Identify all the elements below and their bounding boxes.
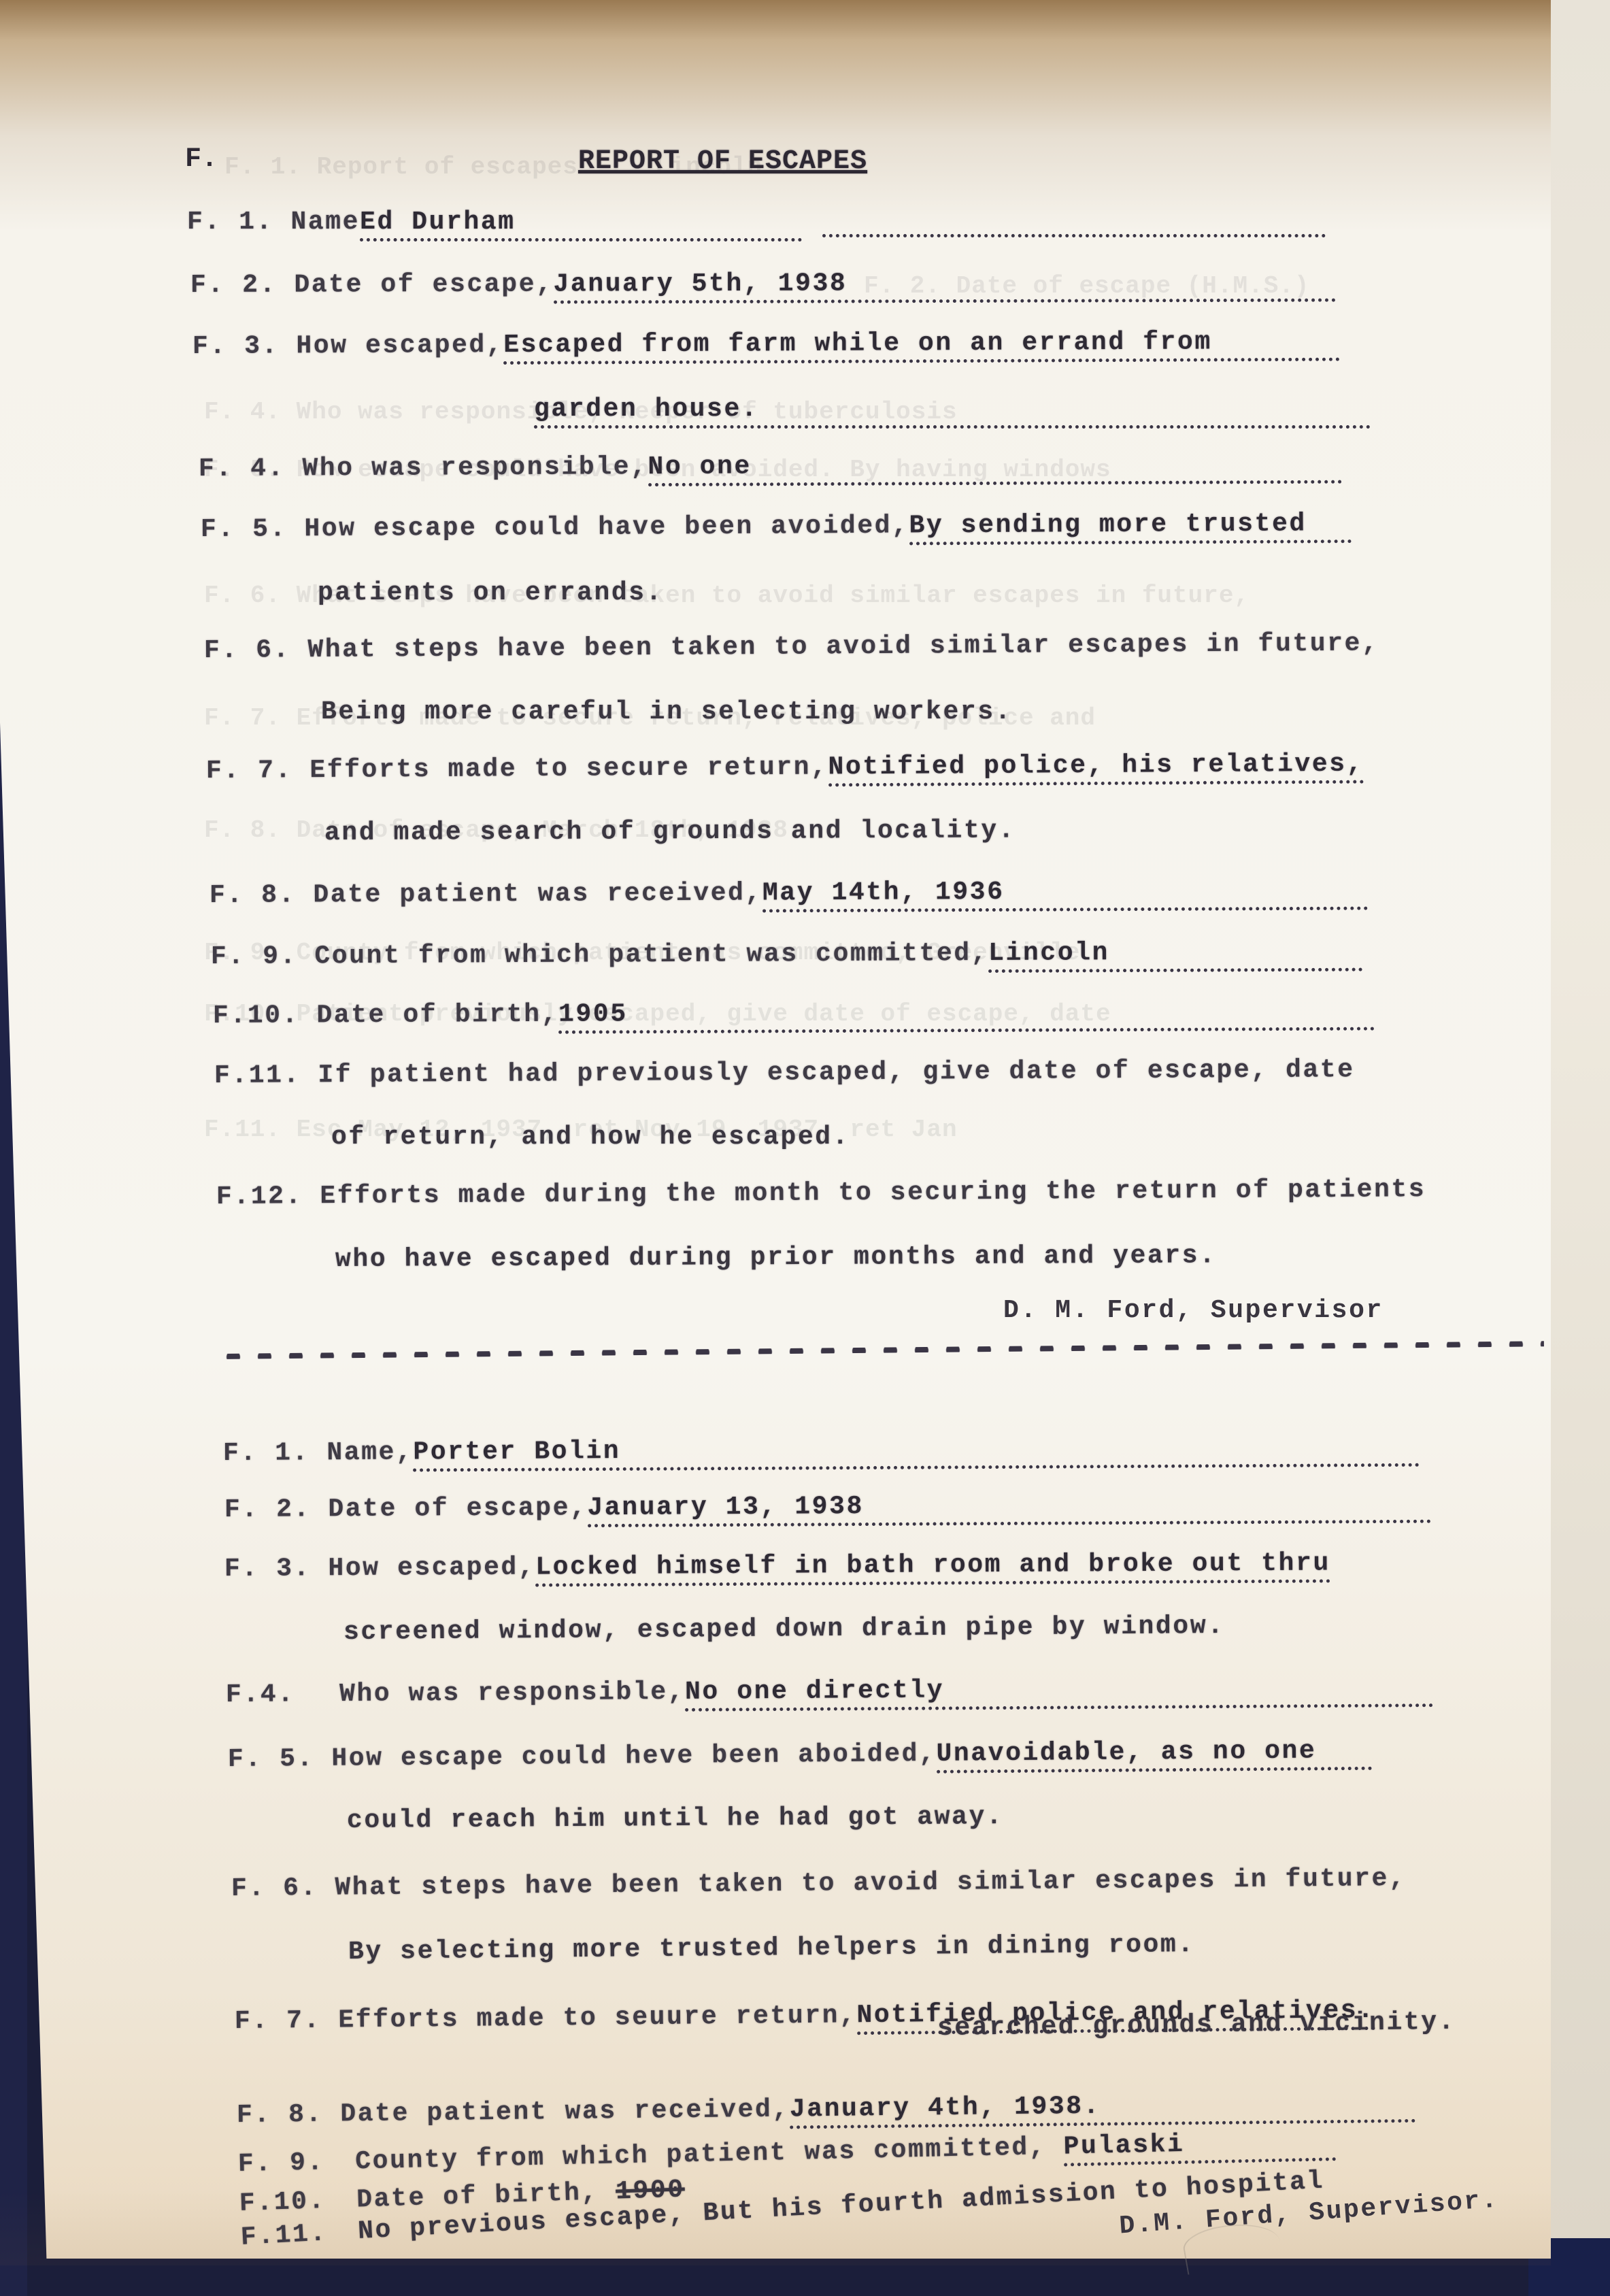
item-number: F. 2. bbox=[224, 1495, 311, 1525]
item-label: How escape could have been avoided, bbox=[304, 512, 909, 544]
report1-item-f4: F. 4. Who was responsible,No one bbox=[199, 450, 1342, 488]
report-title: REPORT OF ESCAPES bbox=[578, 146, 867, 177]
item-label: Count from which patient was committed, bbox=[314, 939, 988, 971]
item-label: Date patient was received, bbox=[340, 2095, 790, 2129]
item-label: Who was responsible, bbox=[339, 1678, 685, 1709]
item-number: F. 1. bbox=[223, 1438, 309, 1468]
report1-item-f2: F. 2. Date of escape,January 5th, 1938 bbox=[190, 268, 1336, 305]
report1-item-f12-continuation: who have escaped during prior months and… bbox=[335, 1241, 1217, 1274]
item-answer: Lincoln bbox=[988, 937, 1362, 973]
item-answer-continuation: screened window, escaped down drain pipe… bbox=[343, 1612, 1225, 1647]
item-number: F. 6. bbox=[204, 635, 290, 665]
item-number: F. 2. bbox=[190, 271, 277, 300]
report1-item-f8: F. 8. Date patient was received,May 14th… bbox=[209, 876, 1368, 915]
item-number: F. 9. bbox=[211, 942, 297, 971]
item-answer-continuation: patients on errands. bbox=[318, 578, 663, 608]
item-label: Who was responsible, bbox=[302, 452, 648, 483]
report1-item-f3-continuation: garden house. bbox=[534, 395, 1371, 429]
report1-item-f5-continuation: patients on errands. bbox=[318, 578, 663, 608]
item-label: Efforts made to secure return, bbox=[309, 752, 828, 785]
item-label: Date of birth, bbox=[316, 1000, 558, 1031]
item-number: F. 8. bbox=[237, 2100, 323, 2130]
report1-signature: D. M. Ford, Supervisor bbox=[1003, 1296, 1383, 1325]
item-label: Date patient was received, bbox=[313, 878, 762, 910]
report2-item-f3: F. 3. How escaped,Locked himself in bath… bbox=[224, 1548, 1330, 1588]
item-number: F. 4. bbox=[199, 454, 285, 484]
report2-item-f3-continuation: screened window, escaped down drain pipe… bbox=[343, 1612, 1225, 1647]
item-answer: 1905 bbox=[558, 997, 1375, 1034]
item-number: F. 5. bbox=[201, 514, 287, 544]
item-answer: January 13, 1938 bbox=[587, 1489, 1430, 1527]
report1-item-f10: F.10. Date of birth,1905 bbox=[213, 997, 1375, 1035]
item-answer-continuation: garden house. bbox=[534, 395, 1371, 429]
item-number: F. 3. bbox=[224, 1554, 311, 1584]
item-continuation: of return, and how he escaped. bbox=[331, 1122, 850, 1152]
item-number: F. 9. bbox=[237, 2148, 324, 2179]
item-number: F.11. bbox=[240, 2218, 328, 2252]
item-number: F. 5. bbox=[228, 1744, 314, 1774]
item-label: How escaped, bbox=[328, 1553, 535, 1584]
item-number: F.10. bbox=[213, 1001, 299, 1031]
item-label: Name bbox=[290, 207, 360, 237]
item-number: F. 3. bbox=[192, 331, 279, 361]
answer-underline bbox=[822, 234, 1326, 237]
item-label: Date of escape, bbox=[294, 270, 553, 300]
item-label: Name, bbox=[326, 1438, 413, 1468]
item-number: F.11. bbox=[214, 1061, 301, 1091]
item-answer: Pulaski bbox=[1063, 2127, 1336, 2166]
item-number: F. 7. bbox=[206, 756, 292, 786]
item-label: How escaped, bbox=[296, 331, 503, 361]
report2-item-f1: F. 1. Name,Porter Bolin bbox=[223, 1433, 1420, 1473]
item-answer-continuation: could reach him until he had got away. bbox=[347, 1802, 1004, 1835]
report1-item-f1: F. 1. NameEd Durham bbox=[187, 207, 1326, 242]
report1-item-f11: F.11. If patient had previously escaped,… bbox=[214, 1055, 1355, 1091]
item-answer: Locked himself in bath room and broke ou… bbox=[535, 1548, 1330, 1586]
item-number: F. 6. bbox=[231, 1874, 318, 1903]
item-label: Efforts made to seuure return, bbox=[338, 2001, 857, 2035]
item-answer-continuation: and made search of grounds and locality. bbox=[324, 816, 1016, 848]
item-answer-continuation: Being more careful in selecting workers. bbox=[321, 697, 1012, 727]
report2-item-f2: F. 2. Date of escape,January 13, 1938 bbox=[224, 1489, 1431, 1529]
report2-item-f5-continuation: could reach him until he had got away. bbox=[347, 1802, 1004, 1835]
item-answer: No one bbox=[648, 450, 1341, 486]
item-number: F.4. bbox=[226, 1680, 295, 1710]
item-number: F. 1. bbox=[187, 207, 273, 237]
item-answer: Unavoidable, as no one bbox=[936, 1736, 1371, 1774]
item-label: If patient had previously escaped, give … bbox=[318, 1055, 1354, 1090]
report1-item-f11-continuation: of return, and how he escaped. bbox=[331, 1122, 850, 1152]
report1-item-f7-continuation: and made search of grounds and locality. bbox=[324, 816, 1016, 848]
item-answer: Escaped from farm while on an errand fro… bbox=[503, 327, 1340, 365]
item-number: F.10. bbox=[239, 2186, 326, 2218]
item-answer: Porter Bolin bbox=[413, 1433, 1420, 1472]
item-number: F.12. bbox=[216, 1182, 303, 1212]
item-number: F. 7. bbox=[235, 2006, 321, 2036]
item-number: F. 8. bbox=[209, 880, 296, 910]
item-answer: No one directly bbox=[685, 1673, 1433, 1712]
report1-item-f6-continuation: Being more careful in selecting workers. bbox=[321, 697, 1012, 727]
item-answer: Notified police, his relatives, bbox=[828, 750, 1364, 787]
item-answer: Ed Durham bbox=[360, 207, 802, 242]
section-letter: F. bbox=[185, 144, 218, 175]
item-answer: By sending more trusted bbox=[909, 509, 1351, 545]
item-label: Date of escape, bbox=[328, 1493, 587, 1524]
item-label: How escape could heve been aboided, bbox=[331, 1740, 936, 1774]
report1-item-f5: F. 5. How escape could have been avoided… bbox=[201, 509, 1352, 549]
item-answer: May 14th, 1936 bbox=[762, 876, 1368, 913]
report1-item-f7: F. 7. Efforts made to secure return,Noti… bbox=[206, 750, 1364, 791]
report1-item-f9: F. 9. Count from which patient was commi… bbox=[211, 937, 1362, 976]
item-continuation: who have escaped during prior months and… bbox=[335, 1241, 1217, 1274]
item-answer: January 5th, 1938 bbox=[553, 268, 1335, 304]
item-answer: January 4th, 1938. bbox=[790, 2089, 1415, 2129]
report1-item-f3: F. 3. How escaped,Escaped from farm whil… bbox=[192, 327, 1340, 366]
